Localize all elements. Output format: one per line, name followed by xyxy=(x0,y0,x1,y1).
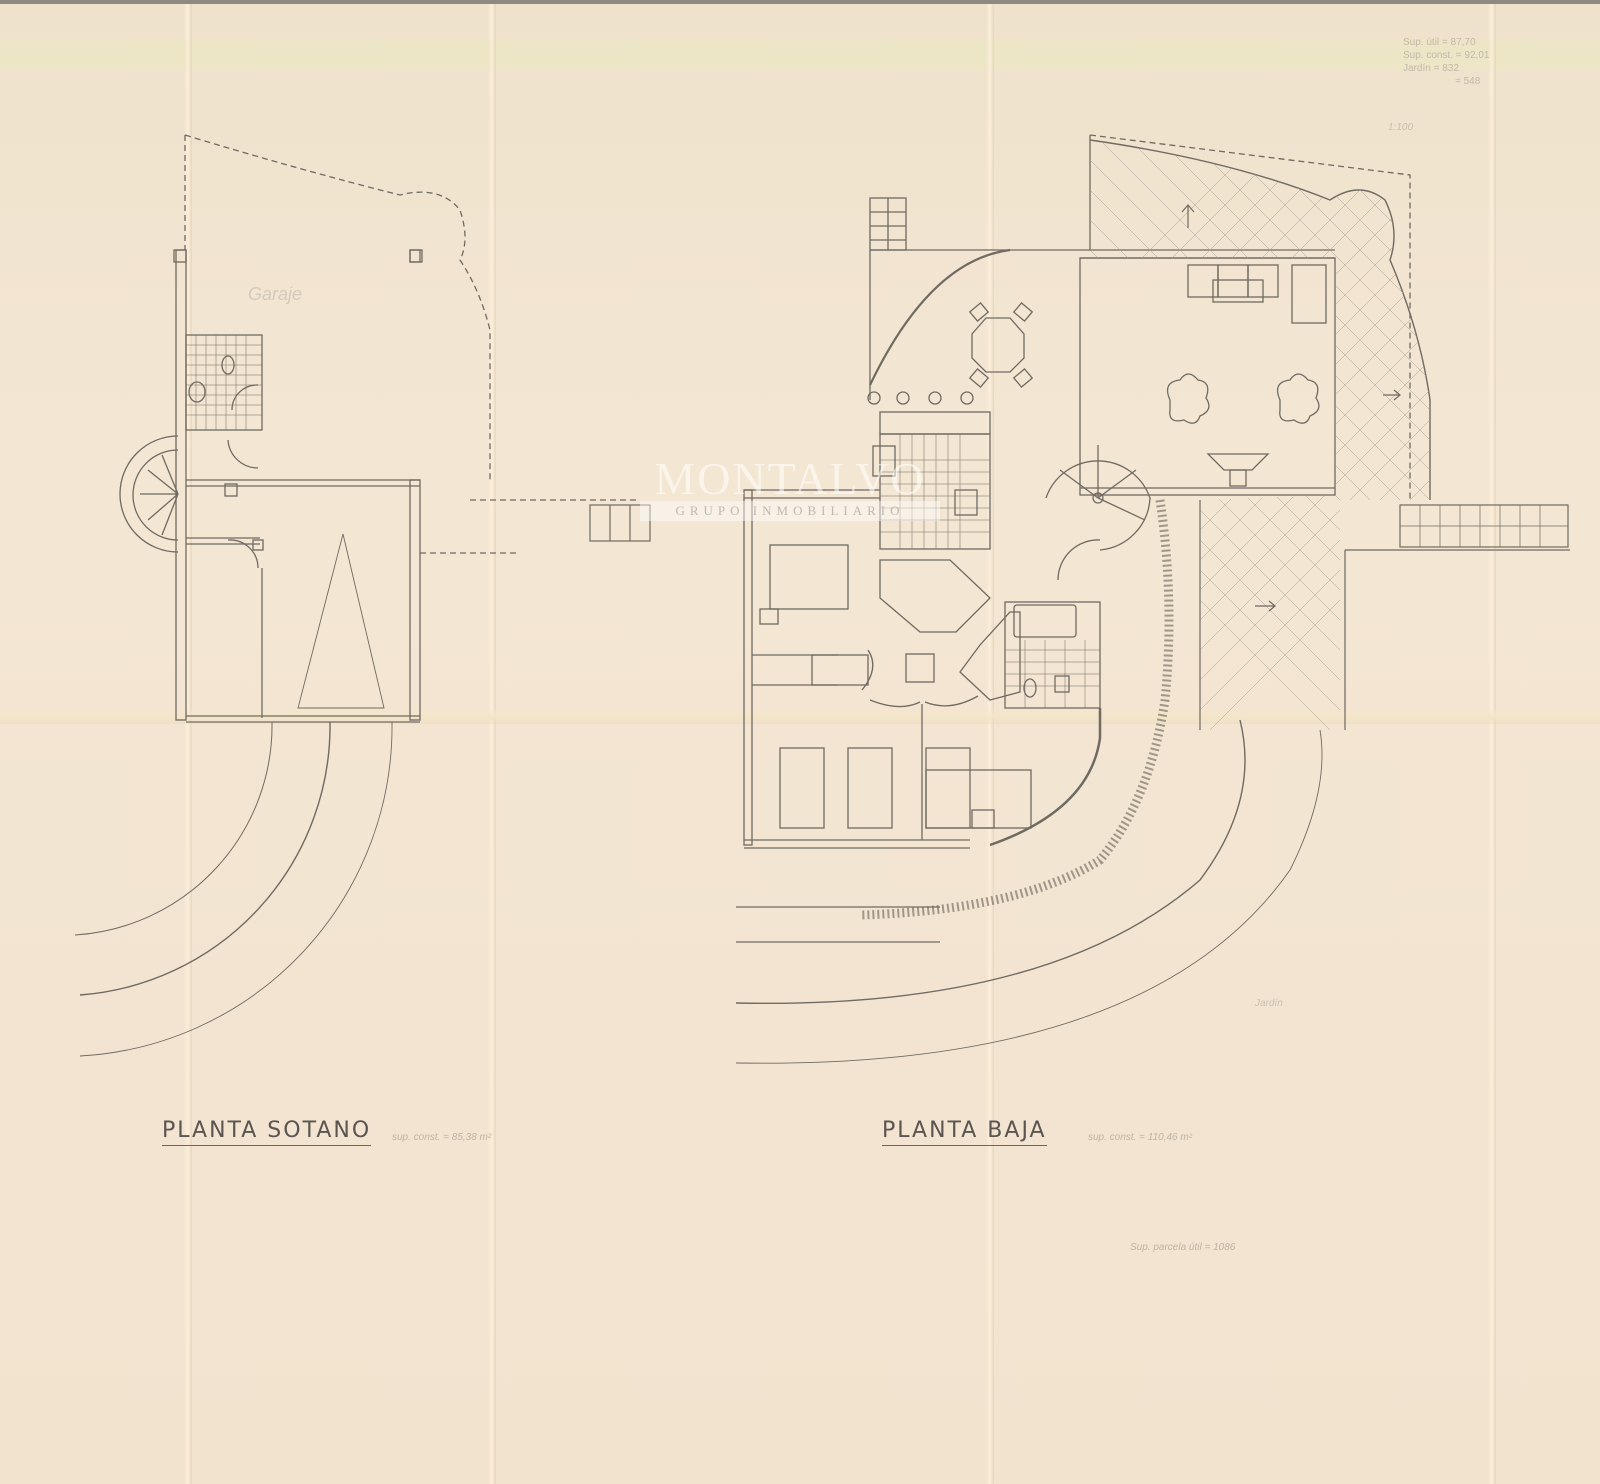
plan-title-baja: PLANTA BAJA xyxy=(882,1118,1047,1146)
watermark: MONTALVO GRUPO INMOBILIARIO xyxy=(640,452,940,521)
plan-area-sotano: sup. const. = 85,38 m² xyxy=(392,1132,491,1143)
note-line: = 548 xyxy=(1403,75,1489,88)
plan-area-baja: sup. const. = 110,46 m² xyxy=(1088,1132,1192,1143)
note-line: Sup. const. = 92,01 xyxy=(1403,49,1489,62)
garden-label: Jardín xyxy=(1255,998,1283,1009)
blueprint-sheet: Sup. útil = 87,70 Sup. const. = 92,01 Ja… xyxy=(0,0,1600,1484)
area-notes: Sup. útil = 87,70 Sup. const. = 92,01 Ja… xyxy=(1403,36,1489,88)
watermark-brand: MONTALVO xyxy=(640,452,940,505)
garage-label: Garaje xyxy=(248,284,302,305)
plot-area-note: Sup. parcela útil = 1086 xyxy=(1130,1242,1235,1253)
floor-plan-drawing xyxy=(0,0,1600,1484)
note-line: Jardín = 832 xyxy=(1403,62,1489,75)
note-line: Sup. útil = 87,70 xyxy=(1403,36,1489,49)
watermark-subtitle: GRUPO INMOBILIARIO xyxy=(640,501,940,521)
scale-label: 1:100 xyxy=(1388,122,1413,133)
basement-plan xyxy=(75,135,640,1056)
plan-title-sotano: PLANTA SOTANO xyxy=(162,1118,371,1146)
